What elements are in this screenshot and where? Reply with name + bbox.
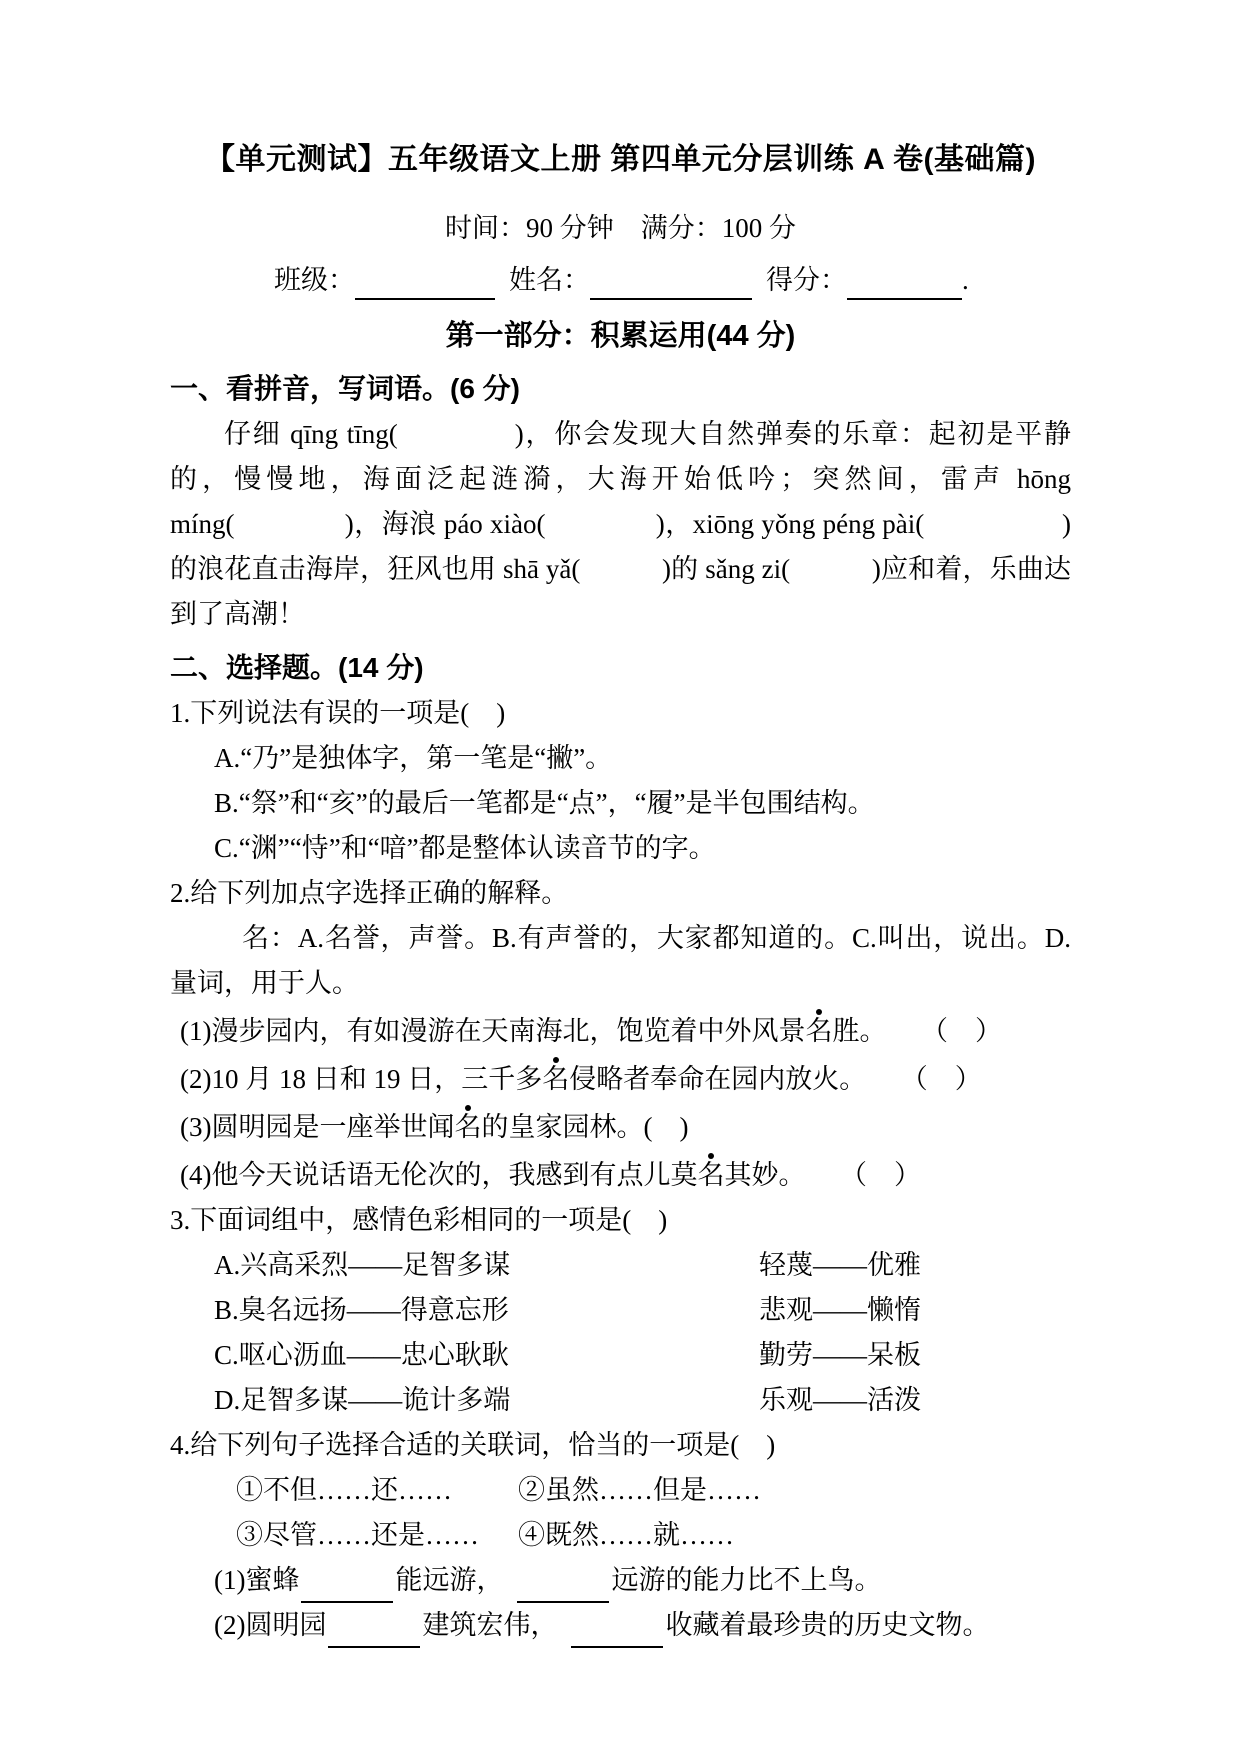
q2-item-4: (4)他今天说话语无伦次的，我感到有点儿莫名其妙。（ ） [180,1153,1071,1198]
score-field-blank [847,268,962,300]
exam-paper-page: 【单元测试】五年级语文上册 第四单元分层训练 A 卷(基础篇) 时间：90 分钟… [0,0,1241,1754]
q4-item-1-p2: 能远游， [395,1565,503,1595]
q2-item-2-emphasized-char: 名 [542,1064,569,1094]
section2-heading: 二、选择题。(14 分) [170,645,1071,691]
part1-heading: 第一部分：积累运用(44 分) [170,314,1071,358]
q4-connective-3: ③尽管……还是…… [236,1513,518,1558]
q3-option-row-c: C.呕心沥血——忠心耿耿勤劳——呆板 [214,1333,1071,1378]
q4-connectives-row-1: ①不但……还……②虽然……但是…… [236,1468,1071,1513]
q2-item-1-text: (1)漫步园内，有如漫游在天南海北，饱览着中外风景 [180,1016,805,1046]
q2-stem: 2.给下列加点字选择正确的解释。 [170,871,1071,916]
score-field-label: 得分： [766,265,847,295]
q2-item-4-emphasized-char: 名 [697,1160,724,1190]
exam-meta-line: 时间：90 分钟 满分：100 分 [170,210,1071,246]
q2-item-4-answer-bracket: （ ） [853,1160,921,1190]
class-field-blank [355,268,495,300]
name-field-label: 姓名： [509,265,590,295]
q3-option-a-right: 轻蔑——优雅 [759,1250,921,1280]
q3-stem: 3.下面词组中，感情色彩相同的一项是( ) [170,1198,1071,1243]
q2-item-3: (3)圆明园是一座举世闻名的皇家园林。( ) [180,1105,1071,1150]
q2-item-2-answer-bracket: （ ） [914,1064,982,1094]
q2-item-4-text-end: 其妙。 [724,1160,805,1190]
q2-item-2-text: (2)10 月 18 日和 19 日，三千多 [180,1064,542,1094]
q4-connective-2: ②虽然……但是…… [518,1475,761,1505]
q2-item-4-text: (4)他今天说话语无伦次的，我感到有点儿莫 [180,1160,697,1190]
q4-item-1: (1)蜜蜂能远游，远游的能力比不上鸟。 [214,1558,1071,1603]
q2-item-3-emphasized-char: 名 [454,1112,481,1142]
q3-option-b-right: 悲观——懒惰 [759,1295,921,1325]
q3-option-c-right: 勤劳——呆板 [759,1340,921,1370]
q4-item-2-blank-1 [328,1616,420,1648]
q2-item-3-answer-bracket: ( ) [643,1112,688,1142]
q3-option-row-a: A.兴高采烈——足智多谋轻蔑——优雅 [214,1243,1071,1288]
q3-option-row-d: D.足智多谋——诡计多端乐观——活泼 [214,1378,1071,1423]
q1-stem: 1.下列说法有误的一项是( ) [170,691,1071,736]
page-content: 【单元测试】五年级语文上册 第四单元分层训练 A 卷(基础篇) 时间：90 分钟… [170,140,1071,1648]
q4-item-2: (2)圆明园建筑宏伟，收藏着最珍贵的历史文物。 [214,1603,1071,1648]
q2-item-2: (2)10 月 18 日和 19 日，三千多名侵略者奉命在园内放火。（ ） [180,1057,1071,1102]
q4-connective-1: ①不但……还…… [236,1468,518,1513]
name-field-blank [590,268,752,300]
q4-item-1-blank-1 [301,1571,393,1603]
q3-option-d-right: 乐观——活泼 [759,1385,921,1415]
q4-item-2-p2: 建筑宏伟， [422,1610,557,1640]
trailing-period: . [962,265,969,295]
q4-item-2-p1: (2)圆明园 [214,1610,326,1640]
q4-stem: 4.给下列句子选择合适的关联词，恰当的一项是( ) [170,1423,1071,1468]
q3-option-b-left: B.臭名远扬——得意忘形 [214,1288,759,1333]
q2-item-1-text-end: 胜。 [832,1016,886,1046]
q2-item-1-answer-bracket: （ ） [934,1016,1002,1046]
q1-option-b: B.“祭”和“亥”的最后一笔都是“点”，“履”是半包围结构。 [214,781,1071,826]
q3-option-row-b: B.臭名远扬——得意忘形悲观——懒惰 [214,1288,1071,1333]
section1-heading: 一、看拼音，写词语。(6 分) [170,366,1071,412]
q1-option-a: A.“乃”是独体字，第一笔是“撇”。 [214,736,1071,781]
q4-item-1-blank-2 [517,1571,609,1603]
pinyin-fill-paragraph: 仔细 qīng tīng( )，你会发现大自然弹奏的乐章：起初是平静的，慢慢地，… [170,412,1071,637]
q3-option-a-left: A.兴高采烈——足智多谋 [214,1243,759,1288]
q4-item-1-p3: 远游的能力比不上鸟。 [611,1565,881,1595]
student-info-row: 班级：姓名：得分：. [274,260,1071,300]
q2-item-1-emphasized-char: 名 [805,1016,832,1046]
page-title: 【单元测试】五年级语文上册 第四单元分层训练 A 卷(基础篇) [170,140,1071,180]
q4-item-2-p3: 收藏着最珍贵的历史文物。 [665,1610,989,1640]
q4-item-1-p1: (1)蜜蜂 [214,1565,299,1595]
q4-item-2-blank-2 [571,1616,663,1648]
q1-option-c: C.“渊”“恃”和“喑”都是整体认读音节的字。 [214,826,1071,871]
q2-item-2-text-end: 侵略者奉命在园内放火。 [569,1064,866,1094]
q4-connective-4: ④既然……就…… [518,1520,734,1550]
q3-option-d-left: D.足智多谋——诡计多端 [214,1378,759,1423]
q4-connectives-row-2: ③尽管……还是……④既然……就…… [236,1513,1071,1558]
q2-item-1: (1)漫步园内，有如漫游在天南海北，饱览着中外风景名胜。（ ） [180,1009,1071,1054]
q3-option-c-left: C.呕心沥血——忠心耿耿 [214,1333,759,1378]
class-field-label: 班级： [274,265,355,295]
q2-definition: 名：A.名誉，声誉。B.有声誉的，大家都知道的。C.叫出，说出。D.量词，用于人… [170,916,1071,1006]
q2-item-3-text-end: 的皇家园林。 [481,1112,643,1142]
q2-item-3-text: (3)圆明园是一座举世闻 [180,1112,454,1142]
